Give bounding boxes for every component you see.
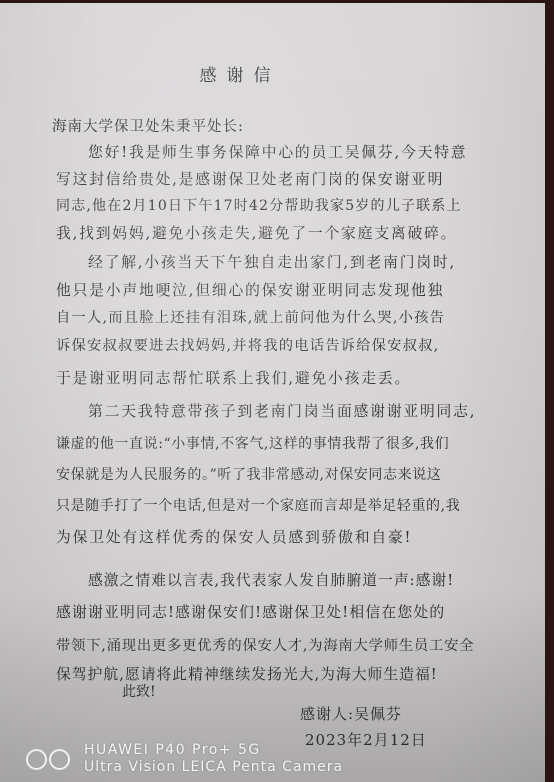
letter-paper: 感谢信 海南大学保卫处朱秉平处长: 您好!我是师生事务保障中心的员工吴佩芬,今天… (0, 3, 545, 782)
letter-line: 带领下,涌现出更多更优秀的保安人才,为海南大学师生员工安全 (56, 635, 474, 655)
letter-line: 第二天我特意带孩子到老南门岗当面感谢谢亚明同志, (88, 400, 476, 421)
letter-line: 只是随手打了一个电话,但是对一个家庭而言却是举足轻重的,我 (56, 495, 460, 515)
letter-line: 您好!我是师生事务保障中心的员工吴佩芬,今天特意 (88, 141, 467, 162)
letter-closing: 此致! (122, 681, 156, 701)
letter-line: 自一人,而且脸上还挂有泪珠,就上前问他为什么哭,小孩告 (56, 307, 445, 327)
letter-salutation: 海南大学保卫处朱秉平处长: (52, 115, 244, 136)
letter-line: 为保卫处有这样优秀的保安人员感到骄傲和自豪! (56, 526, 412, 547)
letter-signer: 感谢人:吴佩芬 (300, 703, 402, 724)
letter-line: 我,找到妈妈,避免小孩走失,避免了一个家庭支离破碎。 (56, 222, 457, 243)
watermark-model: HUAWEI P40 Pro+ 5G (84, 742, 343, 759)
letter-line: 于是谢亚明同志帮忙联系上我们,避免小孩走丢。 (56, 367, 411, 388)
letter-line: 感激之情难以言表,我代表家人发自肺腑道一声:感谢! (88, 569, 454, 590)
letter-line: 经了解,小孩当天下午独自走出家门,到老南门岗时, (88, 251, 456, 272)
letter-title: 感谢信 (0, 61, 480, 86)
letter-line: 感谢谢亚明同志!感谢保安们!感谢保卫处!相信在您处的 (56, 601, 445, 622)
letter-line: 同志,他在2月10日下午17时42分帮助我家5岁的儿子联系上 (56, 195, 462, 215)
letter-line: 他只是小声地哽泣,但细心的保安谢亚明同志发现他独 (56, 279, 444, 300)
letter-line: 诉保安叔叔要进去找妈妈,并将我的电话告诉给保安叔叔, (56, 335, 439, 355)
camera-watermark: HUAWEI P40 Pro+ 5G Ultra Vision LEICA Pe… (26, 742, 343, 776)
letter-line: 保驾护航,愿请将此精神继续发扬光大,为海大师生造福! (56, 663, 438, 684)
watermark-camera: Ultra Vision LEICA Penta Camera (84, 759, 343, 776)
camera-logo-icon (26, 749, 72, 770)
letter-line: 谦虚的他一直说:“小事情,不客气,这样的事情我帮了很多,我们 (56, 433, 449, 453)
letter-line: 写这封信给贵处,是感谢保卫处老南门岗的保安谢亚明 (56, 168, 444, 189)
letter-line: 安保就是为人民服务的。”听了我非常感动,对保安同志来说这 (56, 464, 441, 484)
